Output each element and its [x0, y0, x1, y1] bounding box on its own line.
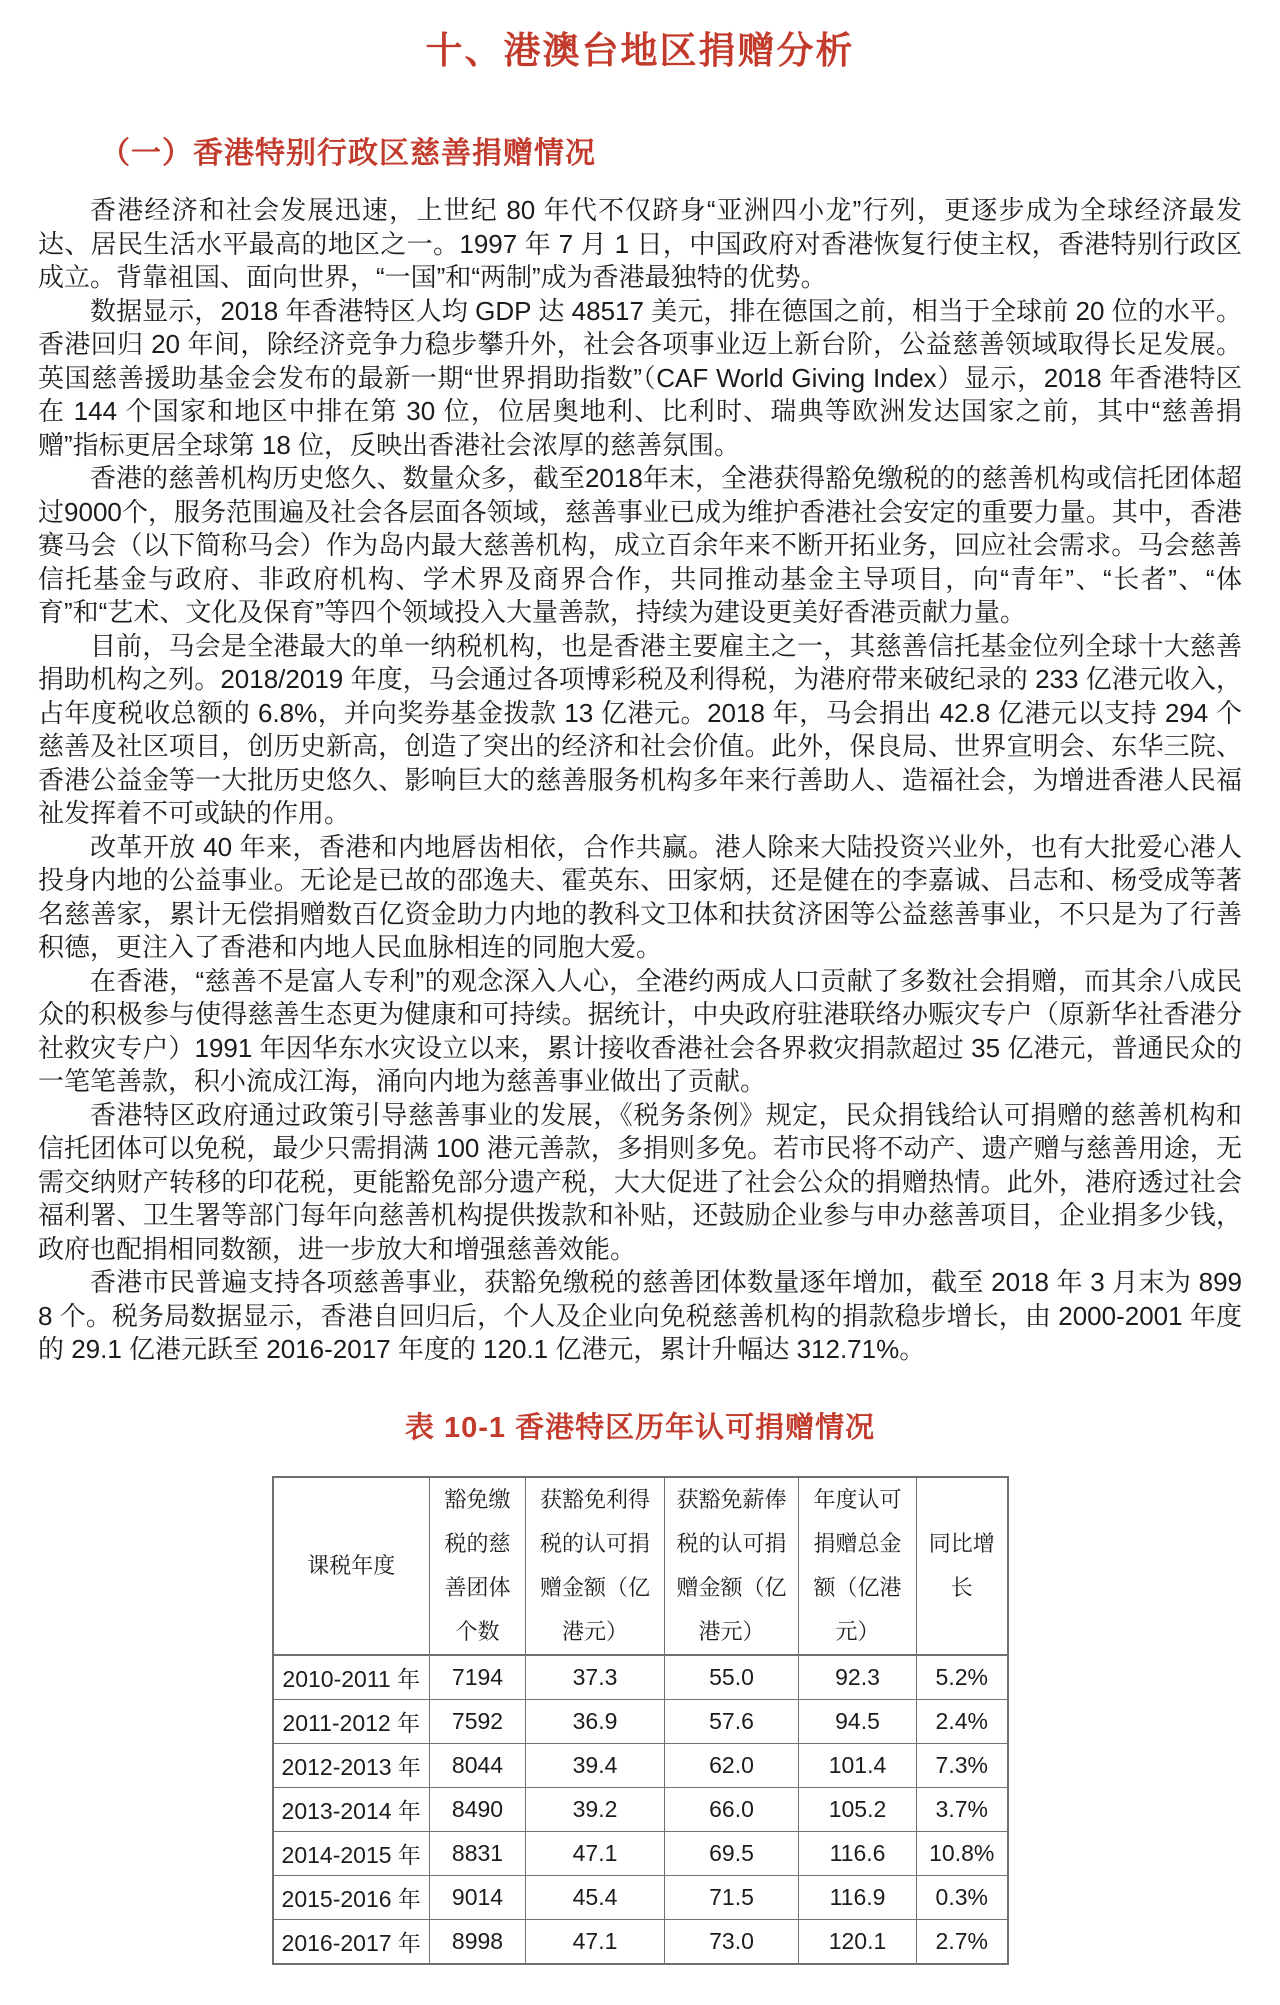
table-cell: 2012-2013 年 [273, 1743, 430, 1787]
table-cell: 8044 [430, 1743, 526, 1787]
table-cell: 57.6 [665, 1699, 799, 1743]
table-cell: 71.5 [665, 1875, 799, 1919]
table-cell: 116.9 [799, 1875, 917, 1919]
document-page: 十、港澳台地区捐赠分析 （一）香港特别行政区慈善捐赠情况 香港经济和社会发展迅速… [0, 0, 1280, 2005]
table-cell: 47.1 [526, 1831, 665, 1875]
header-row: 课税年度豁免缴税的慈善团体个数获豁免利得税的认可捐赠金额（亿港元）获豁免薪俸税的… [273, 1477, 1008, 1655]
table-cell: 10.8% [917, 1831, 1008, 1875]
table-row: 2015-2016 年901445.471.5116.90.3% [273, 1875, 1008, 1919]
table-cell: 9014 [430, 1875, 526, 1919]
donation-table-body: 2010-2011 年719437.355.092.35.2%2011-2012… [273, 1655, 1008, 1964]
table-cell: 66.0 [665, 1787, 799, 1831]
table-cell: 8831 [430, 1831, 526, 1875]
table-cell: 45.4 [526, 1875, 665, 1919]
table-cell: 2016-2017 年 [273, 1919, 430, 1964]
table-row: 2012-2013 年804439.462.0101.47.3% [273, 1743, 1008, 1787]
table-caption: 表 10-1 香港特区历年认可捐赠情况 [38, 1405, 1242, 1446]
paragraph-2: 数据显示，2018 年香港特区人均 GDP 达 48517 美元，排在德国之前，… [38, 295, 1242, 463]
table-cell: 39.2 [526, 1787, 665, 1831]
table-cell: 101.4 [799, 1743, 917, 1787]
table-cell: 69.5 [665, 1831, 799, 1875]
table-cell: 2015-2016 年 [273, 1875, 430, 1919]
table-row: 2010-2011 年719437.355.092.35.2% [273, 1655, 1008, 1700]
section-heading: （一）香港特别行政区慈善捐赠情况 [100, 128, 1242, 172]
table-cell: 39.4 [526, 1743, 665, 1787]
column-header: 课税年度 [273, 1477, 430, 1655]
table-cell: 0.3% [917, 1875, 1008, 1919]
table-cell: 120.1 [799, 1919, 917, 1964]
table-cell: 105.2 [799, 1787, 917, 1831]
column-header: 获豁免利得税的认可捐赠金额（亿港元） [526, 1477, 665, 1655]
column-header: 同比增长 [917, 1477, 1008, 1655]
paragraph-3: 香港的慈善机构历史悠久、数量众多，截至2018年末，全港获得豁免缴税的的慈善机构… [38, 462, 1242, 630]
column-header: 豁免缴税的慈善团体个数 [430, 1477, 526, 1655]
table-cell: 94.5 [799, 1699, 917, 1743]
table-cell: 2.4% [917, 1699, 1008, 1743]
paragraph-4: 目前，马会是全港最大的单一纳税机构，也是香港主要雇主之一，其慈善信托基金位列全球… [38, 630, 1242, 831]
table-cell: 2.7% [917, 1919, 1008, 1964]
table-cell: 2010-2011 年 [273, 1655, 430, 1700]
paragraph-6: 在香港，“慈善不是富人专利”的观念深入人心，全港约两成人口贡献了多数社会捐赠，而… [38, 965, 1242, 1099]
table-row: 2016-2017 年899847.173.0120.12.7% [273, 1919, 1008, 1964]
table-cell: 2011-2012 年 [273, 1699, 430, 1743]
table-cell: 116.6 [799, 1831, 917, 1875]
table-cell: 2014-2015 年 [273, 1831, 430, 1875]
table-cell: 7592 [430, 1699, 526, 1743]
table-cell: 92.3 [799, 1655, 917, 1700]
table-cell: 73.0 [665, 1919, 799, 1964]
table-row: 2011-2012 年759236.957.694.52.4% [273, 1699, 1008, 1743]
paragraph-1: 香港经济和社会发展迅速，上世纪 80 年代不仅跻身“亚洲四小龙”行列，更逐步成为… [38, 194, 1242, 295]
table-cell: 8998 [430, 1919, 526, 1964]
body-text: 香港经济和社会发展迅速，上世纪 80 年代不仅跻身“亚洲四小龙”行列，更逐步成为… [38, 194, 1242, 1367]
table-cell: 5.2% [917, 1655, 1008, 1700]
donation-table: 课税年度豁免缴税的慈善团体个数获豁免利得税的认可捐赠金额（亿港元）获豁免薪俸税的… [272, 1476, 1009, 1965]
table-cell: 3.7% [917, 1787, 1008, 1831]
table-cell: 62.0 [665, 1743, 799, 1787]
table-cell: 8490 [430, 1787, 526, 1831]
table-row: 2013-2014 年849039.266.0105.23.7% [273, 1787, 1008, 1831]
table-cell: 7.3% [917, 1743, 1008, 1787]
table-cell: 47.1 [526, 1919, 665, 1964]
table-cell: 55.0 [665, 1655, 799, 1700]
table-row: 2014-2015 年883147.169.5116.610.8% [273, 1831, 1008, 1875]
table-cell: 7194 [430, 1655, 526, 1700]
table-cell: 37.3 [526, 1655, 665, 1700]
paragraph-5: 改革开放 40 年来，香港和内地唇齿相依，合作共赢。港人除来大陆投资兴业外，也有… [38, 831, 1242, 965]
page-title: 十、港澳台地区捐赠分析 [38, 20, 1242, 74]
paragraph-7: 香港特区政府通过政策引导慈善事业的发展，《税务条例》规定，民众捐钱给认可捐赠的慈… [38, 1099, 1242, 1267]
paragraph-8: 香港市民普遍支持各项慈善事业，获豁免缴税的慈善团体数量逐年增加，截至 2018 … [38, 1266, 1242, 1367]
donation-table-header: 课税年度豁免缴税的慈善团体个数获豁免利得税的认可捐赠金额（亿港元）获豁免薪俸税的… [273, 1477, 1008, 1655]
table-cell: 36.9 [526, 1699, 665, 1743]
table-cell: 2013-2014 年 [273, 1787, 430, 1831]
column-header: 获豁免薪俸税的认可捐赠金额（亿港元） [665, 1477, 799, 1655]
column-header: 年度认可捐赠总金额（亿港元） [799, 1477, 917, 1655]
